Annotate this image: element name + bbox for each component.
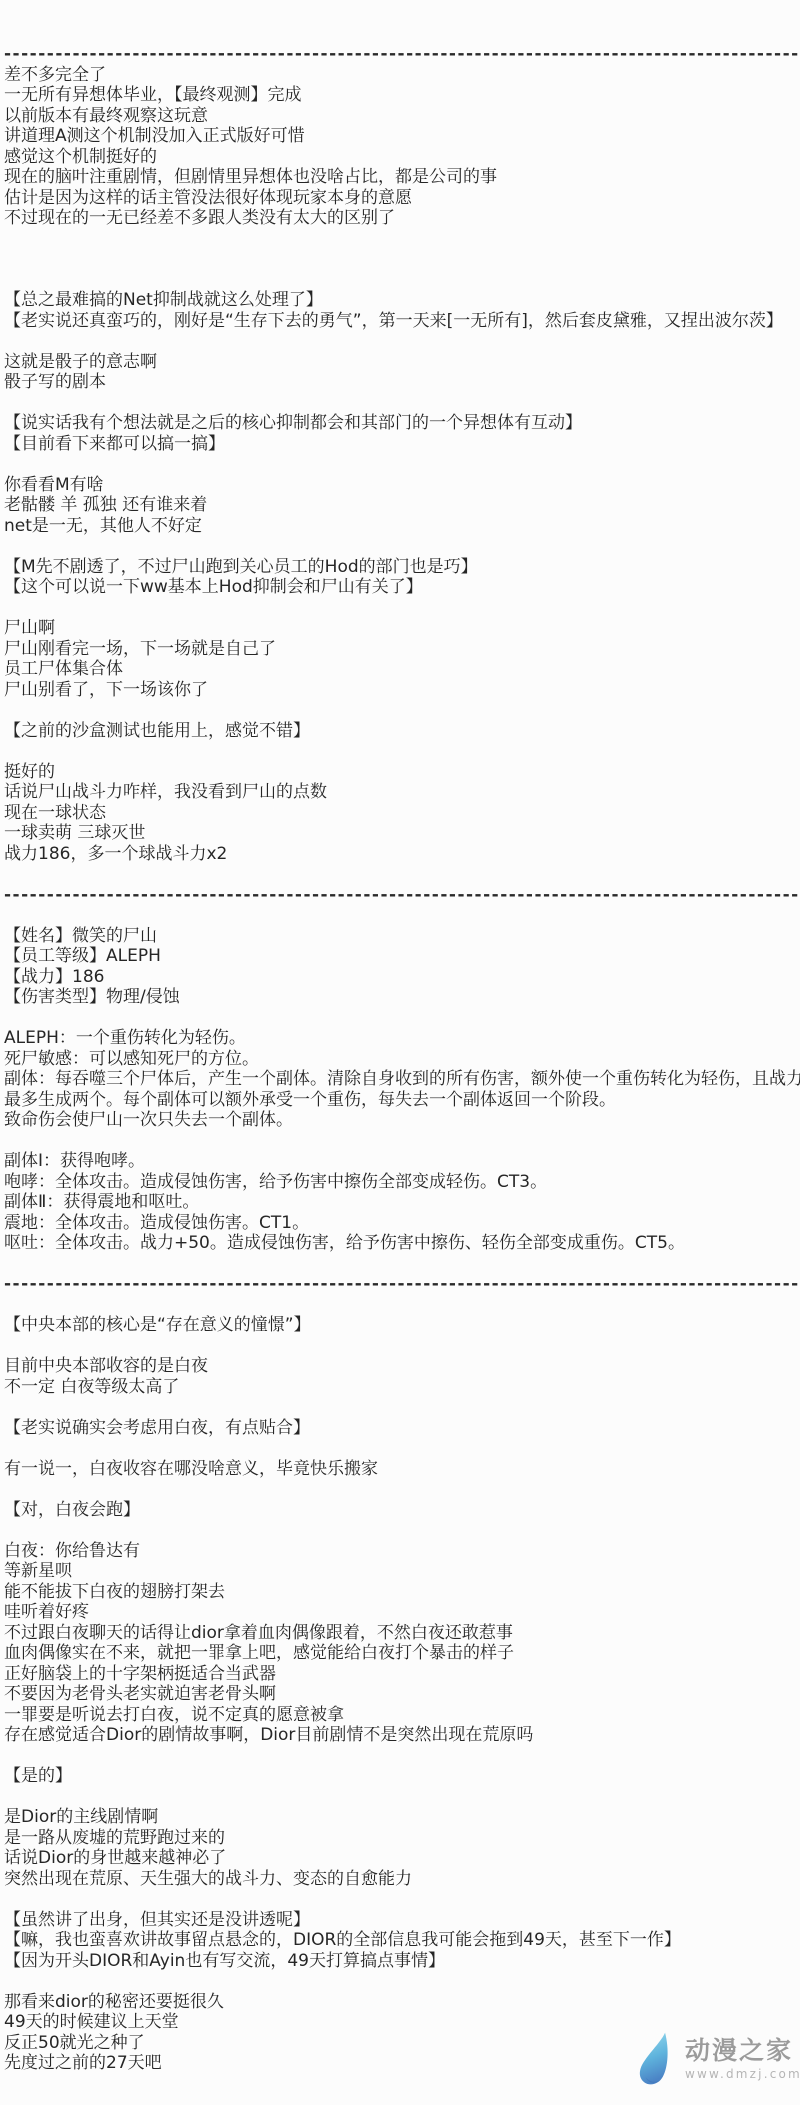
blank-line <box>4 741 800 762</box>
dmzj-logo-water-drop-icon <box>636 2029 676 2089</box>
text-line: net是一无，其他人不好定 <box>4 516 800 537</box>
text-line: 【姓名】微笑的尸山 <box>4 926 800 947</box>
text-line: 现在的脑叶注重剧情，但剧情里异想体也没啥占比，都是公司的事 <box>4 167 800 188</box>
text-line: 【伤害类型】物理/侵蚀 <box>4 987 800 1008</box>
text-line: 【老实说还真蛮巧的，刚好是“生存下去的勇气”，第一天来[一无所有]，然后套皮黛雅… <box>4 311 800 332</box>
blank-line <box>4 1131 800 1152</box>
text-line: 挺好的 <box>4 762 800 783</box>
dmzj-watermark: 动漫之家 www.dmzj.com <box>638 2030 800 2088</box>
text-line: 以前版本有最终观察这玩意 <box>4 106 800 127</box>
blank-line <box>4 1479 800 1500</box>
text-line: 最多生成两个。每个副体可以额外承受一个重伤，每失去一个副体返回一个阶段。 <box>4 1090 800 1111</box>
text-line: 副体：每吞噬三个尸体后，产生一个副体。清除自身收到的所有伤害，额外使一个重伤转化… <box>4 1069 800 1090</box>
page: { "page": { "background_color": "#fcfcfc… <box>0 0 800 2105</box>
text-line: 【中央本部的核心是“存在意义的憧憬”】 <box>4 1315 800 1336</box>
text-line: 尸山刚看完一场，下一场就是自己了 <box>4 639 800 660</box>
text-line: 那看来dior的秘密还要挺很久 <box>4 1992 800 2013</box>
text-line: 不要因为老骨头老实就迫害老骨头啊 <box>4 1684 800 1705</box>
text-line: 呕吐：全体攻击。战力+50。造成侵蚀伤害，给予伤害中擦伤、轻伤全部变成重伤。CT… <box>4 1233 800 1254</box>
text-line: 不一定 白夜等级太高了 <box>4 1377 800 1398</box>
blank-line <box>4 393 800 414</box>
watermark-site-url: www.dmzj.com <box>685 2067 800 2081</box>
text-line: 是Dior的主线剧情啊 <box>4 1807 800 1828</box>
text-line: 震地：全体攻击。造成侵蚀伤害。CT1。 <box>4 1213 800 1234</box>
text-line: 骰子写的剧本 <box>4 372 800 393</box>
text-line: 【嘛，我也蛮喜欢讲故事留点悬念的，DIOR的全部信息我可能会拖到49天，甚至下一… <box>4 1930 800 1951</box>
divider-line: ----------------------------------------… <box>4 885 800 906</box>
blank-line <box>4 1438 800 1459</box>
text-line: 尸山别看了，下一场该你了 <box>4 680 800 701</box>
text-line: 【虽然讲了出身，但其实还是没讲透呢】 <box>4 1910 800 1931</box>
blank-line <box>4 864 800 885</box>
text-line: 目前中央本部收容的是白夜 <box>4 1356 800 1377</box>
text-line: 话说Dior的身世越来越神必了 <box>4 1848 800 1869</box>
text-line: 【员工等级】ALEPH <box>4 946 800 967</box>
text-line: 感觉这个机制挺好的 <box>4 147 800 168</box>
text-line: 一球卖萌 三球灭世 <box>4 823 800 844</box>
blank-line <box>4 1254 800 1275</box>
text-line: 尸山啊 <box>4 618 800 639</box>
text-line: 一无所有异想体毕业，【最终观测】完成 <box>4 85 800 106</box>
blank-line <box>4 700 800 721</box>
blank-line <box>4 270 800 291</box>
text-line: 估计是因为这样的话主管没法很好体现玩家本身的意愿 <box>4 188 800 209</box>
blank-line <box>4 905 800 926</box>
text-line: 【M先不剧透了，不过尸山跑到关心员工的Hod的部门也是巧】 <box>4 557 800 578</box>
text-line: 副体Ⅱ：获得震地和呕吐。 <box>4 1192 800 1213</box>
blank-line <box>4 454 800 475</box>
blank-line <box>4 1397 800 1418</box>
text-line: 【老实说确实会考虑用白夜，有点贴合】 <box>4 1418 800 1439</box>
blank-line <box>4 1008 800 1029</box>
text-line: 有一说一，白夜收容在哪没啥意义，毕竟快乐搬家 <box>4 1459 800 1480</box>
text-line: 老骷髅 羊 孤独 还有谁来着 <box>4 495 800 516</box>
text-line: 讲道理A测这个机制没加入正式版好可惜 <box>4 126 800 147</box>
text-line: 战力186，多一个球战斗力x2 <box>4 844 800 865</box>
text-line: 存在感觉适合Dior的剧情故事啊，Dior目前剧情不是突然出现在荒原吗 <box>4 1725 800 1746</box>
blank-line <box>4 1520 800 1541</box>
blank-line <box>4 1336 800 1357</box>
text-line: 现在一球状态 <box>4 803 800 824</box>
watermark-text-block: 动漫之家 www.dmzj.com <box>685 2037 800 2082</box>
blank-line <box>4 1787 800 1808</box>
blank-line <box>4 1889 800 1910</box>
text-line: 不过现在的一无已经差不多跟人类没有太大的区别了 <box>4 208 800 229</box>
blank-line <box>4 1295 800 1316</box>
blank-line <box>4 249 800 270</box>
blank-line <box>4 536 800 557</box>
text-line: 白夜：你给鲁达有 <box>4 1541 800 1562</box>
text-line: 死尸敏感：可以感知死尸的方位。 <box>4 1049 800 1070</box>
text-line: 不过跟白夜聊天的话得让dior拿着血肉偶像跟着，不然白夜还敢惹事 <box>4 1623 800 1644</box>
text-line: 能不能拔下白夜的翅膀打架去 <box>4 1582 800 1603</box>
text-line: 突然出现在荒原、天生强大的战斗力、变态的自愈能力 <box>4 1869 800 1890</box>
text-line: 话说尸山战斗力咋样，我没看到尸山的点数 <box>4 782 800 803</box>
blank-line <box>4 598 800 619</box>
text-line: 差不多完全了 <box>4 65 800 86</box>
text-line: 【因为开头DIOR和Ayin也有写交流，49天打算搞点事情】 <box>4 1951 800 1972</box>
divider-line: ----------------------------------------… <box>4 44 800 65</box>
text-line: 副体Ⅰ：获得咆哮。 <box>4 1151 800 1172</box>
text-line: 咆哮：全体攻击。造成侵蚀伤害，给予伤害中擦伤全部变成轻伤。CT3。 <box>4 1172 800 1193</box>
text-line: 【对，白夜会跑】 <box>4 1500 800 1521</box>
text-line: 员工尸体集合体 <box>4 659 800 680</box>
blank-line <box>4 1971 800 1992</box>
divider-line: ----------------------------------------… <box>4 1274 800 1295</box>
text-line: 等新星呗 <box>4 1561 800 1582</box>
text-line: 致命伤会使尸山一次只失去一个副体。 <box>4 1110 800 1131</box>
text-line: 【是的】 <box>4 1766 800 1787</box>
text-line: 这就是骰子的意志啊 <box>4 352 800 373</box>
blank-line <box>4 331 800 352</box>
text-line: ALEPH：一个重伤转化为轻伤。 <box>4 1028 800 1049</box>
text-line: 哇听着好疼 <box>4 1602 800 1623</box>
text-line: 【之前的沙盒测试也能用上，感觉不错】 <box>4 721 800 742</box>
text-line: 你看看M有啥 <box>4 475 800 496</box>
text-line: 【目前看下来都可以搞一搞】 <box>4 434 800 455</box>
text-line: 正好脑袋上的十字架柄挺适合当武器 <box>4 1664 800 1685</box>
text-line: 【说实话我有个想法就是之后的核心抑制都会和其部门的一个异想体有互动】 <box>4 413 800 434</box>
text-line: 【这个可以说一下ww基本上Hod抑制会和尸山有关了】 <box>4 577 800 598</box>
blank-line <box>4 229 800 250</box>
blank-line <box>4 1746 800 1767</box>
text-line: 是一路从废墟的荒野跑过来的 <box>4 1828 800 1849</box>
text-line: 一罪要是听说去打白夜，说不定真的愿意被拿 <box>4 1705 800 1726</box>
document-text: ----------------------------------------… <box>4 44 800 2074</box>
text-line: 【战力】186 <box>4 967 800 988</box>
watermark-site-name: 动漫之家 <box>685 2037 800 2065</box>
text-line: 血肉偶像实在不来，就把一罪拿上吧，感觉能给白夜打个暴击的样子 <box>4 1643 800 1664</box>
text-line: 【总之最难搞的Net抑制战就这么处理了】 <box>4 290 800 311</box>
